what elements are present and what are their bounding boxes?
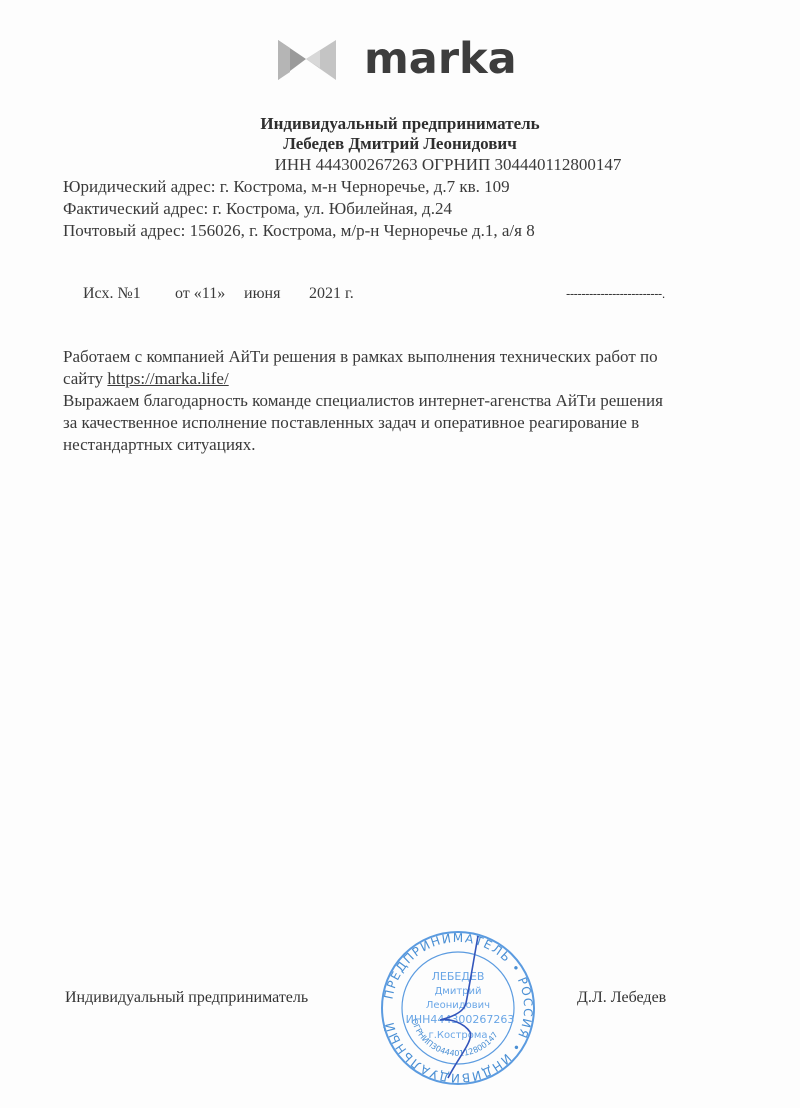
body-line-1: Работаем с компанией АйТи решения в рамк… — [63, 346, 763, 368]
body-line-2-prefix: сайту — [63, 369, 107, 388]
reference-date-year: 2021 г. — [309, 284, 354, 304]
svg-text:ЛЕБЕДЕВ: ЛЕБЕДЕВ — [432, 970, 485, 983]
letter-body: Работаем с компанией АйТи решения в рамк… — [63, 346, 763, 456]
company-logo: marka — [276, 36, 517, 82]
stamp-seal-icon: ПРЕДПРИНИМАТЕЛЬ • РОССИЯ • ИНДИВИДУАЛЬНЫ… — [378, 928, 538, 1088]
issuer-title: Индивидуальный предприниматель — [0, 114, 800, 134]
svg-text:Дмитрий: Дмитрий — [434, 986, 481, 997]
signatory-name: Д.Л. Лебедев — [577, 988, 666, 1008]
svg-text:г.Кострома: г.Кострома — [428, 1030, 487, 1041]
bowtie-logo-icon — [276, 36, 338, 82]
issuer-name: Лебедев Дмитрий Леонидович — [0, 134, 800, 154]
logo-text: marka — [364, 36, 517, 82]
svg-text:Леонидович: Леонидович — [426, 1000, 490, 1011]
body-line-3: Выражаем благодарность команде специалис… — [63, 390, 763, 412]
body-line-5: нестандартных ситуациях. — [63, 434, 763, 456]
outgoing-number: Исх. №1 — [83, 284, 141, 304]
website-link[interactable]: https://marka.life/ — [107, 369, 228, 388]
reference-date-month: июня — [244, 284, 280, 304]
recipient-placeholder: -------------------------. — [566, 284, 665, 304]
legal-address: Юридический адрес: г. Кострома, м-н Черн… — [63, 177, 510, 197]
actual-address: Фактический адрес: г. Кострома, ул. Юбил… — [63, 199, 452, 219]
body-line-2: сайту https://marka.life/ — [63, 368, 763, 390]
body-line-4: за качественное исполнение поставленных … — [63, 412, 763, 434]
signatory-title: Индивидуальный предприниматель — [65, 988, 308, 1008]
reference-date-day: от «11» — [175, 284, 225, 304]
postal-address: Почтовый адрес: 156026, г. Кострома, м/р… — [63, 221, 535, 241]
official-stamp: ПРЕДПРИНИМАТЕЛЬ • РОССИЯ • ИНДИВИДУАЛЬНЫ… — [378, 928, 538, 1088]
issuer-ids: ИНН 444300267263 ОГРНИП 304440112800147 — [0, 155, 800, 175]
